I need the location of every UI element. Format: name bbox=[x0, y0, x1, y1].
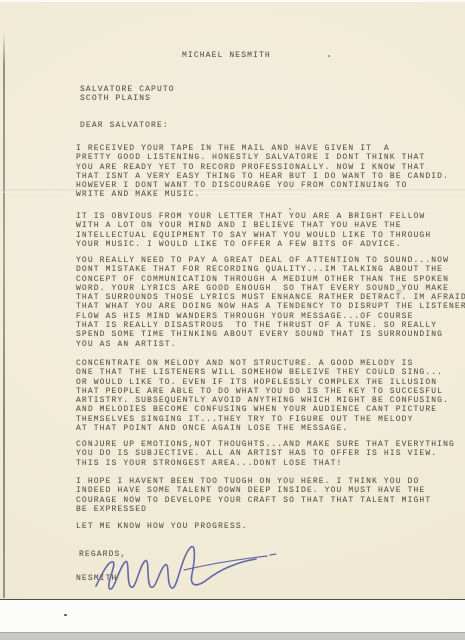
paragraph-1: I RECEIVED YOUR TAPE IN THE MAIL AND HAV… bbox=[76, 144, 449, 200]
letterhead-name: MICHAEL NESMITH bbox=[182, 51, 271, 60]
scan-top-edge bbox=[0, 0, 465, 2]
paragraph-3: YOU REALLY NEED TO PAY A GREAT DEAL OF A… bbox=[76, 256, 465, 349]
paragraph-2: IT IS OBVIOUS FROM YOUR LETTER THAT YOU … bbox=[76, 212, 431, 249]
salutation: DEAR SALVATORE: bbox=[80, 121, 169, 130]
scanned-letter-page: MICHAEL NESMITH SALVATORE CAPUTO SCOTH P… bbox=[0, 0, 465, 640]
paragraph-4: CONCENTRATE ON MELODY AND NOT STRUCTURE.… bbox=[76, 359, 449, 433]
scanner-edge-strip bbox=[0, 632, 465, 640]
ink-smudge bbox=[396, 289, 402, 293]
handwritten-signature bbox=[88, 533, 278, 595]
paper-speck bbox=[328, 55, 330, 57]
paper-speck bbox=[289, 208, 291, 210]
scanner-speck bbox=[64, 614, 67, 616]
paragraph-6: I HOPE I HAVENT BEEN TOO TUOGH ON YOU HE… bbox=[76, 477, 431, 514]
closing-line: LET ME KNOW HOW YOU PROGRESS. bbox=[76, 522, 248, 531]
paragraph-5: CONJURE UP EMOTIONS,NOT THOUGHTS...AND M… bbox=[76, 440, 455, 468]
paper-edge-shadow bbox=[3, 32, 5, 598]
recipient-address: SALVATORE CAPUTO SCOTH PLAINS bbox=[80, 85, 175, 104]
letter-paper: MICHAEL NESMITH SALVATORE CAPUTO SCOTH P… bbox=[0, 0, 465, 599]
